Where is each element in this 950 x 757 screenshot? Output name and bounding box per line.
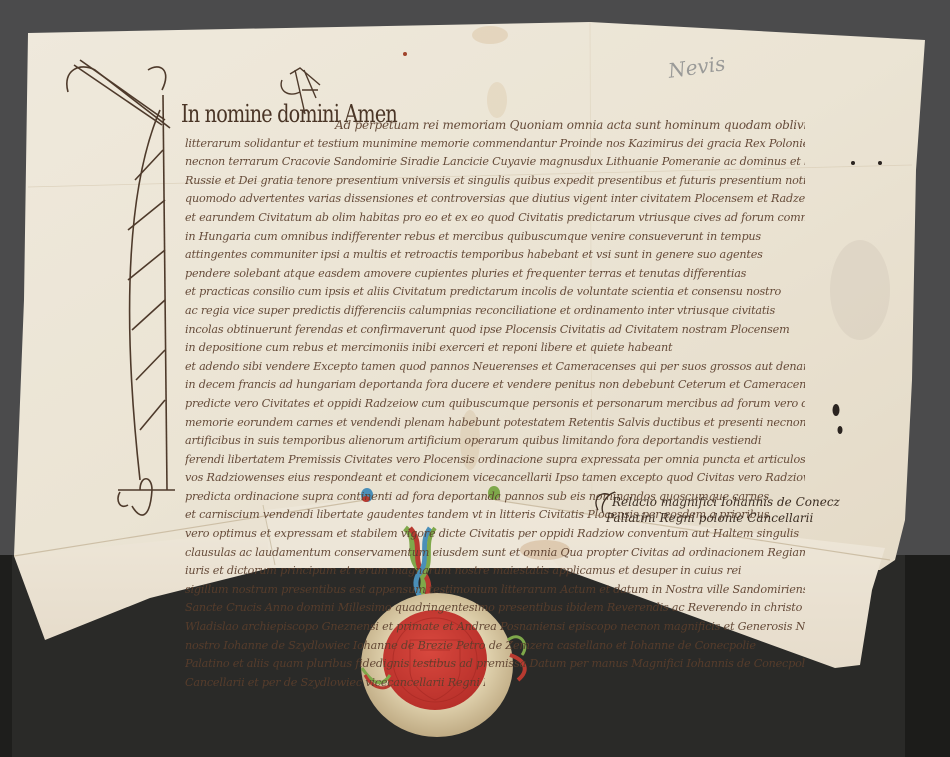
chancery-note-line: Relacio magnifici Iohannis de Conecz — [598, 494, 840, 510]
body-line: predicte vero Civitates et oppidi Radzei… — [185, 395, 805, 414]
body-line: ferendi libertatem Premissis Civitates v… — [185, 451, 805, 470]
body-line: et practicas consilio cum ipsis et aliis… — [185, 283, 805, 302]
body-line: in depositione cum rebus et mercimoniis … — [185, 339, 805, 358]
body-line: Palatino et aliis quam pluribus fidedign… — [185, 655, 805, 674]
body-line: pendere solebant atque easdem amovere cu… — [185, 265, 805, 284]
body-line: Sancte Crucis Anno domini Millesimo quad… — [185, 599, 805, 618]
body-line: in Hungaria cum omnibus indifferenter re… — [185, 228, 805, 247]
body-line: attingentes communiter ipsi a multis et … — [185, 246, 805, 265]
body-line: necnon terrarum Cracovie Sandomirie Sira… — [185, 153, 805, 172]
body-line: in decem francis ad hungariam deportanda… — [185, 376, 805, 395]
body-line: Wladislao archiepiscopo Gneznensi et pri… — [185, 618, 805, 637]
body-line: vero optimus et expressam et stabilem vi… — [185, 525, 805, 544]
chancery-note: Relacio magnifici Iohannis de Conecz Pal… — [598, 494, 840, 526]
body-line: iuris et dictorum principum et rerum mag… — [185, 562, 805, 581]
body-line: memorie eorundem carnes et vendendi plen… — [185, 414, 805, 433]
charter-body-text: Ad perpetuam rei memoriam Quoniam omnia … — [185, 116, 805, 692]
body-line: clausulas ac laudamentum conservamentum … — [185, 544, 805, 563]
body-line: ac regia vice super predictis differenci… — [185, 302, 805, 321]
body-line: Ad perpetuam rei memoriam Quoniam omnia … — [185, 116, 805, 135]
body-line: artificibus in suis temporibus alienorum… — [185, 432, 805, 451]
body-line: quomodo advertentes varias dissensiones … — [185, 190, 805, 209]
body-line: nostro Iohanne de Szydlowiec Iohanne de … — [185, 637, 805, 656]
body-line: sigillum nostrum presentibus est appensu… — [185, 581, 805, 600]
body-line: Russie et Dei gratia tenore presentium v… — [185, 172, 805, 191]
body-line: et adendo sibi vendere Excepto tamen quo… — [185, 358, 805, 377]
body-line: Cancellarii et per de Szydlowiec vicecan… — [185, 674, 485, 693]
body-line: et earundem Civitatum ab olim habitas pr… — [185, 209, 805, 228]
body-line: litterarum solidantur et testium munimin… — [185, 135, 805, 154]
chancery-note-line: Pallatini Regni polonie Cancellarii — [598, 510, 840, 526]
body-line: incolas obtinuerunt ferendas et confirma… — [185, 321, 805, 340]
body-line: vos Radziowenses eius respondeant et con… — [185, 469, 805, 488]
